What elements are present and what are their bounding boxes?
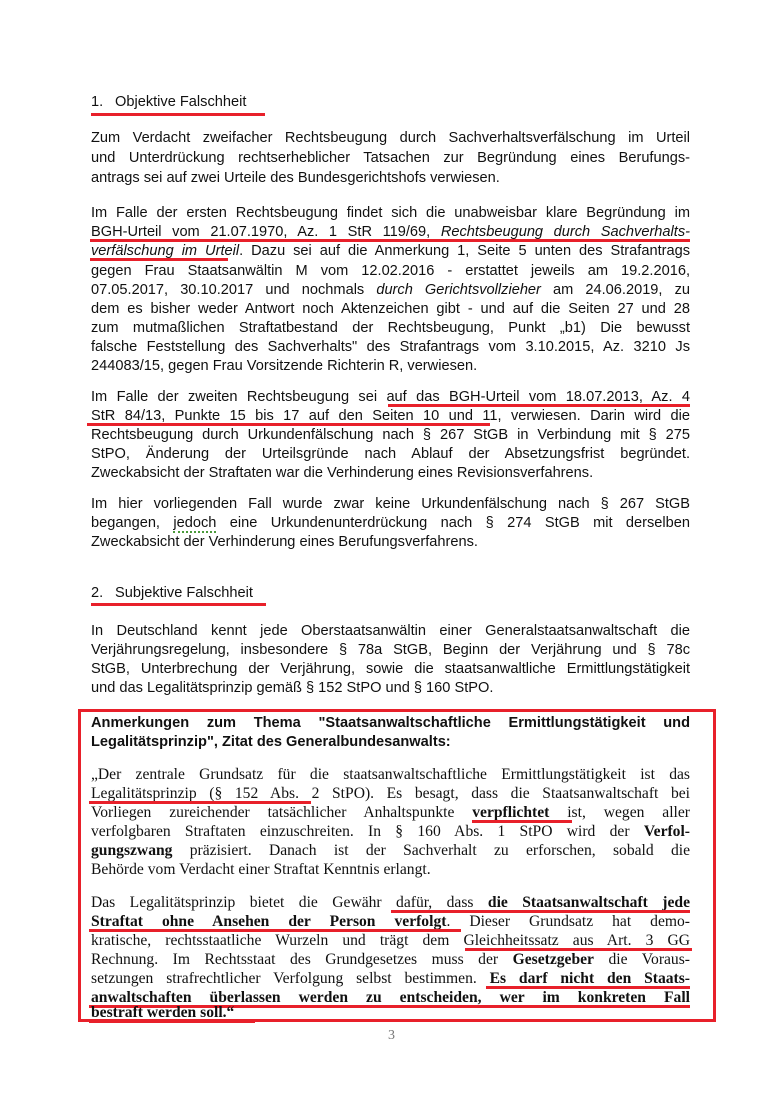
quote-bold-text: Es darf nicht den Staats-	[490, 970, 690, 987]
quote-line: verfolgbaren Straftaten einzuschreiten. …	[91, 822, 690, 842]
quote-box-heading-line: Legalitätsprinzip", Zitat des Generalbun…	[91, 732, 690, 752]
quote-text: Rechnung. Im Rechtsstaat des Grundgesetz…	[91, 951, 513, 968]
paragraph-line: und Unterdrückung rechtserheblicher Tats…	[91, 148, 690, 168]
paragraph-line: falsche Feststellung des Sachverhalts" d…	[91, 337, 690, 357]
red-underline-mark	[91, 603, 266, 606]
quote-text: Das Legalitätsprinzip bietet die Gewähr …	[91, 894, 488, 911]
citation-italic-text: Rechtsbeugung durch Sachverhalts-	[441, 224, 690, 240]
red-underline-mark	[91, 113, 265, 116]
quote-underlined-text: Legalitätsprinzip (§ 152 Abs. 2 StPO)	[91, 785, 370, 802]
paragraph-line: antrags sei auf zwei Urteile des Bundesg…	[91, 168, 690, 188]
quote-line: Behörde vom Verdacht einer Straftat Kenn…	[91, 860, 690, 880]
section-number: 2.	[91, 583, 115, 603]
paragraph-line: und das Legalitätsprinzip gemäß § 152 St…	[91, 678, 690, 698]
quote-line: Rechnung. Im Rechtsstaat des Grundgesetz…	[91, 950, 690, 970]
paragraph-line: StGB, Unterbrechung der Verjährung, sowi…	[91, 659, 690, 679]
paragraph-text: am 24.06.2019, zu	[541, 282, 690, 298]
quote-text: . Es besagt, dass die Staatsanwaltschaft…	[370, 785, 690, 802]
quote-underlined-text: Gleichheitssatz aus Art. 3 GG	[463, 932, 690, 949]
paragraph-text: begangen,	[91, 515, 173, 531]
quote-bold-text: gungszwang	[91, 842, 172, 859]
paragraph-line: Zweckabsicht der Straftaten war die Verh…	[91, 463, 690, 483]
section-title: Objektive Falschheit	[115, 94, 246, 110]
quote-bold-text: bestraft werden soll	[91, 1004, 223, 1021]
paragraph-line: dem es bisher weder Antwort noch Aktenze…	[91, 299, 690, 319]
paragraph-line: 07.05.2017, 30.10.2017 und nochmals durc…	[91, 280, 690, 300]
paragraph-line: Rechtsbeugung durch Urkundenfälschung na…	[91, 425, 690, 445]
quote-text: Vorliegen zureichender tatsächlicher Anh…	[91, 804, 472, 821]
quote-text: . Dieser Grundsatz hat demo-	[446, 913, 690, 930]
quote-text: ist, wegen aller	[549, 804, 690, 821]
quote-text: setzungen strafrechtlicher Verfolgung se…	[91, 970, 490, 987]
paragraph-line: In Deutschland kennt jede Oberstaatsanwä…	[91, 621, 690, 641]
paragraph-line: Zweckabsicht der Verhinderung eines Beru…	[91, 532, 690, 552]
citation-italic-text: verfälschung im Urteil	[91, 243, 239, 259]
quote-text: verfolgbaren Straftaten einzuschreiten. …	[91, 823, 644, 840]
paragraph-line: Verjährungsregelung, insbesondere § 78a …	[91, 640, 690, 660]
paragraph-text: 07.05.2017, 30.10.2017 und nochmals	[91, 282, 376, 298]
paragraph-line: gegen Frau Staatsanwältin M vom 12.02.20…	[91, 261, 690, 281]
citation-text: BGH-Urteil vom 21.07.1970, Az. 1 StR 119…	[91, 224, 441, 240]
paragraph-line: zum mutmaßlichen Straftatbestand der Rec…	[91, 318, 690, 338]
document-page: 1.Objektive Falschheit Zum Verdacht zwei…	[0, 0, 783, 1108]
section-heading-objektive-falschheit: 1.Objektive Falschheit	[91, 92, 246, 112]
red-underline-mark	[89, 1020, 255, 1023]
italic-text: durch Gerichtsvollzieher	[376, 282, 541, 298]
paragraph-line: Zum Verdacht zweifacher Rechtsbeugung du…	[91, 128, 690, 148]
paragraph-text: eine Urkundenunterdrückung nach § 274 St…	[216, 515, 690, 531]
quote-text: die Voraus-	[594, 951, 690, 968]
quote-line: gungszwang präzisiert. Danach ist der Sa…	[91, 841, 690, 861]
paragraph-line: StPO, Änderung der Urteilsgründe nach Ab…	[91, 444, 690, 464]
quote-box-heading-line: Anmerkungen zum Thema "Staatsanwaltschaf…	[91, 713, 690, 733]
quote-text: kratische, rechtsstaatliche Wurzeln und …	[91, 932, 463, 949]
paragraph-line: Im Falle der ersten Rechtsbeugung findet…	[91, 203, 690, 223]
quote-line: Vorliegen zureichender tatsächlicher Anh…	[91, 803, 690, 823]
quote-bold-text: Verfol-	[644, 823, 690, 840]
paragraph-line: Im hier vorliegenden Fall wurde zwar kei…	[91, 494, 690, 514]
quote-bold-text: verpflichtet	[472, 804, 549, 821]
paragraph-line: begangen, jedoch eine Urkundenunterdrück…	[91, 513, 690, 533]
quote-text: präzisiert. Danach ist der Sachverhalt z…	[172, 842, 690, 859]
quote-bold-text: die Staatsanwaltschaft jede	[488, 894, 690, 911]
paragraph-line: 244083/15, gegen Frau Vorsitzende Richte…	[91, 356, 690, 376]
section-number: 1.	[91, 92, 115, 112]
page-number: 3	[0, 1027, 783, 1045]
section-title: Subjektive Falschheit	[115, 585, 253, 601]
section-heading-subjektive-falschheit: 2.Subjektive Falschheit	[91, 583, 253, 603]
quote-line: „Der zentrale Grundsatz für die staatsan…	[91, 765, 690, 785]
paragraph-text: . Dazu sei auf die Anmerkung 1, Seite 5 …	[239, 243, 690, 259]
grammar-flagged-word: jedoch	[173, 515, 216, 533]
quote-bold-text: Gesetzgeber	[513, 951, 594, 968]
quote-bold-text: Straftat ohne Ansehen der Person verfolg…	[91, 913, 446, 930]
